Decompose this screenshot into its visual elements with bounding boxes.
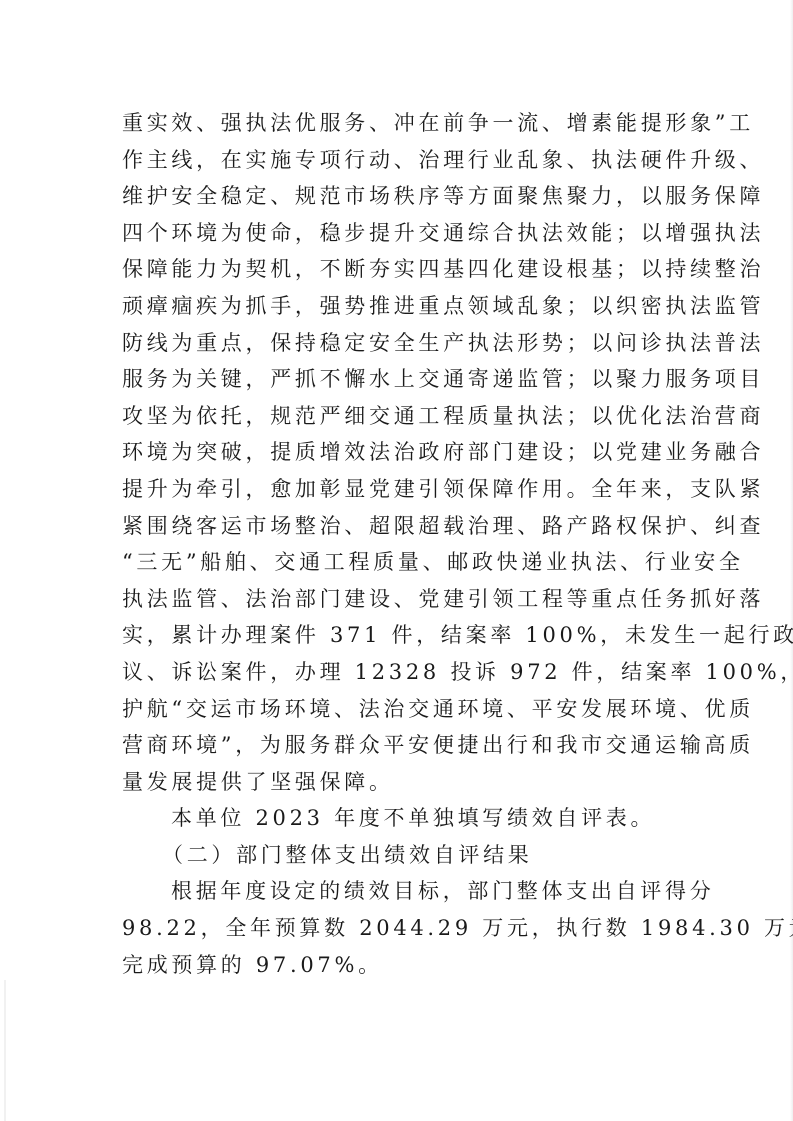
text-line: 营商环境”，为服务群众平安便捷出行和我市交通运输高质: [122, 727, 670, 764]
text-line: 保障能力为契机，不断夯实四基四化建设根基；以持续整治: [122, 251, 670, 288]
text-line: 维护安全稳定、规范市场秩序等方面聚焦聚力，以服务保障: [122, 178, 670, 215]
text-line: 环境为突破，提质增效法治政府部门建设；以党建业务融合: [122, 434, 670, 471]
paragraph-evaluation-result: 根据年度设定的绩效目标，部门整体支出自评得分 98.22，全年预算数 2044.…: [122, 873, 670, 983]
text-line: 提升为牵引，愈加彰显党建引领保障作用。全年来，支队紧: [122, 471, 670, 508]
text-line: 根据年度设定的绩效目标，部门整体支出自评得分: [122, 873, 670, 910]
text-line: 重实效、强执法优服务、冲在前争一流、增素能提形象”工: [122, 105, 670, 142]
paragraph-summary: 重实效、强执法优服务、冲在前争一流、增素能提形象”工 作主线，在实施专项行动、治…: [122, 105, 670, 800]
text-line: 防线为重点，保持稳定安全生产执法形势；以问诊执法普法: [122, 325, 670, 362]
text-line: 作主线，在实施专项行动、治理行业乱象、执法硬件升级、: [122, 142, 670, 179]
text-line: 执法监管、法治部门建设、党建引领工程等重点任务抓好落: [122, 581, 670, 618]
text-line: 护航“交运市场环境、法治交通环境、平安发展环境、优质: [122, 691, 670, 728]
text-line: 服务为关键，严抓不懈水上交通寄递监管；以聚力服务项目: [122, 361, 670, 398]
text-line: 议、诉讼案件，办理 12328 投诉 972 件，结案率 100%，有效: [122, 654, 670, 691]
text-line: 完成预算的 97.07%。: [122, 947, 670, 984]
text-line: 量发展提供了坚强保障。: [122, 764, 670, 801]
text-line: “三无”船舶、交通工程质量、邮政快递业执法、行业安全: [122, 544, 670, 581]
paragraph-self-evaluation-note: 本单位 2023 年度不单独填写绩效自评表。: [122, 800, 670, 837]
text-line: 顽瘴痼疾为抓手，强势推进重点领域乱象；以织密执法监管: [122, 288, 670, 325]
text-line: 紧围绕客运市场整治、超限超载治理、路产路权保护、纠查: [122, 508, 670, 545]
text-line: 实，累计办理案件 371 件，结案率 100%，未发生一起行政复: [122, 617, 670, 654]
section-heading: （二）部门整体支出绩效自评结果: [122, 837, 670, 874]
text-line: 四个环境为使命，稳步提升交通综合执法效能；以增强执法: [122, 215, 670, 252]
text-line: 98.22，全年预算数 2044.29 万元，执行数 1984.30 万元，: [122, 910, 670, 947]
scan-edge-mark: [4, 980, 6, 1121]
document-body: 重实效、强执法优服务、冲在前争一流、增素能提形象”工 作主线，在实施专项行动、治…: [122, 105, 670, 983]
text-line: 攻坚为依托，规范严细交通工程质量执法；以优化法治营商: [122, 398, 670, 435]
